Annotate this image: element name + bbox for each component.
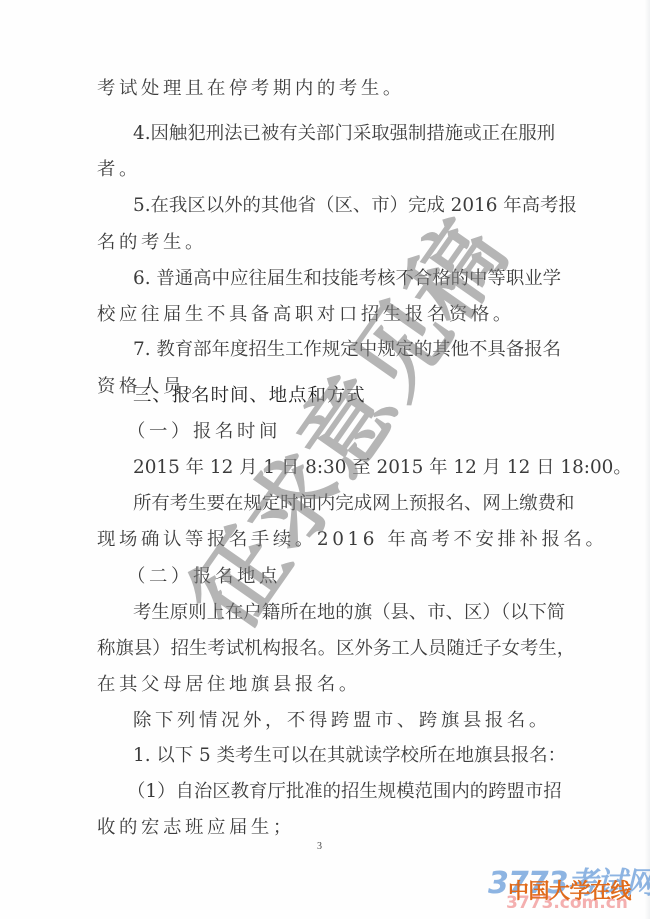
- text-line: 除下列情况外，不得跨盟市、跨旗县报名。: [133, 710, 553, 732]
- text-line: 1. 以下 5 类考生可以在其就读学校所在地旗县报名：: [133, 745, 553, 767]
- text-line: 收的宏志班应届生；: [97, 817, 553, 839]
- page-edge-shadow: [644, 0, 650, 919]
- text-line: 6. 普通高中应往届生和技能考核不合格的中等职业学: [133, 268, 553, 290]
- text-line: （1）自治区教育厅批准的招生规模范围内的跨盟市招: [127, 781, 547, 803]
- text-line: 在其父母居住地旗县报名。: [97, 674, 553, 696]
- page-number: 3: [317, 841, 322, 852]
- text-line: （一）报名时间: [127, 421, 547, 443]
- text-line: 2015 年 12 月 1 日 8:30 至 2015 年 12 月 12 日 …: [133, 457, 553, 479]
- text-line: 5.在我区以外的其他省（区、市）完成 2016 年高考报: [133, 195, 553, 217]
- text-line: （二）报名地点: [127, 566, 547, 588]
- text-line: 考试处理且在停考期内的考生。: [97, 78, 553, 100]
- text-line: 现场确认等报名手续。2016 年高考不安排补报名。: [97, 529, 553, 551]
- text-line: 名的考生。: [97, 232, 553, 254]
- site-logo-middle-text: 中国大学在线: [508, 875, 631, 905]
- text-line: 4.因触犯刑法已被有关部门采取强制措施或正在服刑: [133, 123, 553, 145]
- text-line: 7. 教育部年度招生工作规定中规定的其他不具备报名: [133, 339, 553, 361]
- site-logo-watermark: 3773考试网 3773.com.cn 中国大学在线: [488, 858, 648, 918]
- text-line: 所有考生要在规定时间内完成网上预报名、网上缴费和: [133, 493, 553, 515]
- document-page: 考试处理且在停考期内的考生。4.因触犯刑法已被有关部门采取强制措施或正在服刑者。…: [0, 0, 650, 919]
- text-line: 者。: [97, 159, 553, 181]
- section-heading: 三、报名时间、地点和方式: [133, 385, 553, 407]
- text-line: 校应往届生不具备高职对口招生报名资格。: [97, 304, 553, 326]
- text-line: 考生原则上在户籍所在地的旗（县、市、区）（以下简: [133, 602, 553, 624]
- text-line: 称旗县）招生考试机构报名。区外务工人员随迁子女考生，: [97, 638, 553, 660]
